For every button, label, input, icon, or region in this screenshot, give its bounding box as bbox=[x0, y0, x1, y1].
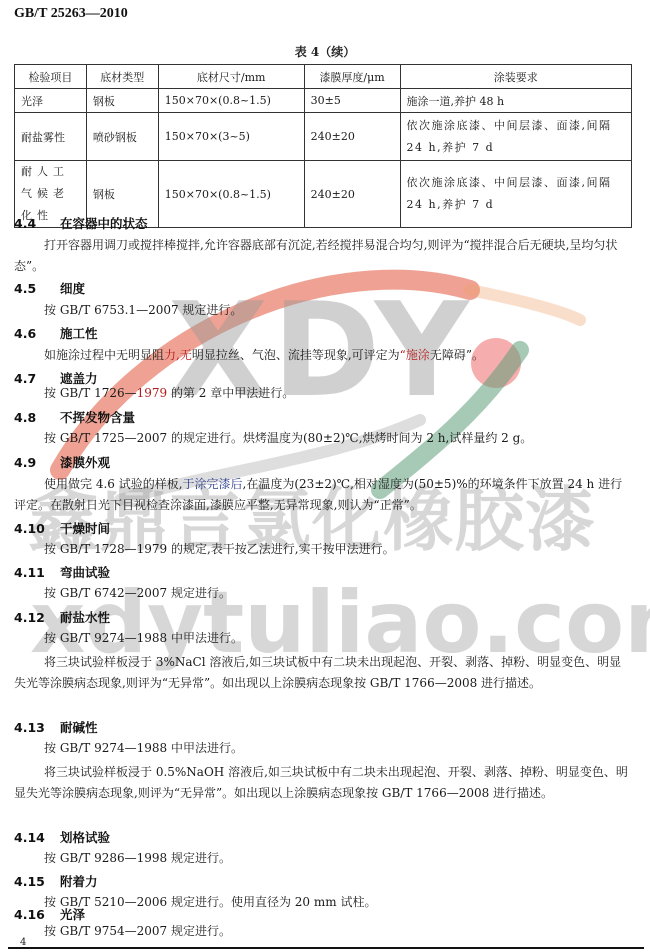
section-heading-4-12: 4.12耐盐水性 bbox=[14, 608, 110, 626]
section-paragraph: 使用做完 4.6 试验的样板,于涂完漆后,在温度为(23±2)℃,相对湿度为(5… bbox=[14, 474, 630, 516]
table-cell: 施涂一道,养护 48 h bbox=[400, 89, 631, 113]
section-title: 弯曲试验 bbox=[60, 565, 110, 580]
section-heading-4-15: 4.15附着力 bbox=[14, 872, 98, 890]
table-header-row: 检验项目 底材类型 底材尺寸/mm 漆膜厚度/μm 涂装要求 bbox=[15, 65, 632, 89]
column-header: 涂装要求 bbox=[400, 65, 631, 89]
section-heading-4-11: 4.11弯曲试验 bbox=[14, 563, 110, 581]
section-title: 在容器中的状态 bbox=[60, 216, 148, 231]
section-title: 划格试验 bbox=[60, 830, 110, 845]
highlighted-text: 1979 bbox=[137, 386, 168, 400]
table-cell: 150×70×(3~5) bbox=[158, 113, 304, 161]
section-number: 4.13 bbox=[14, 720, 60, 735]
section-number: 4.10 bbox=[14, 521, 60, 536]
section-title: 漆膜外观 bbox=[60, 455, 110, 470]
section-title: 细度 bbox=[60, 281, 85, 296]
section-paragraph: 按 GB/T 9754—2007 规定进行。 bbox=[14, 921, 630, 942]
page-bottom-rule bbox=[8, 947, 644, 949]
section-title: 干燥时间 bbox=[60, 521, 110, 536]
section-paragraph: 按 GB/T 6742—2007 规定进行。 bbox=[14, 583, 630, 604]
section-paragraph: 将三块试验样板浸于 0.5%NaOH 溶液后,如三块试板中有二块未出现起泡、开裂… bbox=[14, 762, 630, 804]
section-number: 4.12 bbox=[14, 610, 60, 625]
section-title: 耐盐水性 bbox=[60, 610, 110, 625]
table-cell: 钢板 bbox=[86, 89, 158, 113]
section-number: 4.8 bbox=[14, 410, 60, 425]
section-title: 附着力 bbox=[60, 874, 98, 889]
text-run: 按 GB/T 1726— bbox=[44, 386, 137, 400]
section-number: 4.16 bbox=[14, 907, 60, 922]
section-number: 4.14 bbox=[14, 830, 60, 845]
table-caption: 表 4（续） bbox=[0, 43, 650, 60]
section-title: 耐碱性 bbox=[60, 720, 98, 735]
section-paragraph: 将三块试验样板浸于 3%NaCl 溶液后,如三块试板中有二块未出现起泡、开裂、剥… bbox=[14, 652, 630, 694]
table-cell: 光泽 bbox=[15, 89, 87, 113]
table-row: 耐盐雾性 喷砂钢板 150×70×(3~5) 240±20 依次施涂底漆、中间层… bbox=[15, 113, 632, 161]
table-cell: 喷砂钢板 bbox=[86, 113, 158, 161]
section-heading-4-5: 4.5细度 bbox=[14, 279, 85, 297]
spec-table: 检验项目 底材类型 底材尺寸/mm 漆膜厚度/μm 涂装要求 光泽 钢板 150… bbox=[14, 64, 632, 228]
standard-code: GB/T 25263—2010 bbox=[14, 6, 128, 22]
section-number: 4.4 bbox=[14, 216, 60, 231]
table-cell: 耐盐雾性 bbox=[15, 113, 87, 161]
highlighted-text: 于涂完漆后 bbox=[183, 477, 243, 491]
section-paragraph: 打开容器用调刀或搅拌棒搅拌,允许容器底部有沉淀,若经搅拌易混合均匀,则评为“搅拌… bbox=[14, 235, 630, 277]
section-paragraph: 按 GB/T 9274—1988 中甲法进行。 bbox=[14, 738, 630, 759]
section-number: 4.5 bbox=[14, 281, 60, 296]
section-heading-4-14: 4.14划格试验 bbox=[14, 828, 110, 846]
section-heading-4-8: 4.8不挥发物含量 bbox=[14, 408, 135, 426]
section-paragraph: 按 GB/T 9286—1998 规定进行。 bbox=[14, 848, 630, 869]
section-paragraph: 按 GB/T 9274—1988 中甲法进行。 bbox=[14, 628, 630, 649]
section-heading-4-10: 4.10干燥时间 bbox=[14, 519, 110, 537]
table-row: 光泽 钢板 150×70×(0.8~1.5) 30±5 施涂一道,养护 48 h bbox=[15, 89, 632, 113]
text-run: 如施涂过程中无明显阻 bbox=[44, 348, 164, 362]
section-paragraph: 按 GB/T 5210—2006 规定进行。使用直径为 20 mm 试柱。 bbox=[14, 892, 630, 913]
table-cell: 依次施涂底漆、中间层漆、面漆,间隔 24 h,养护 7 d bbox=[400, 161, 631, 228]
text-run: 无障碍”。 bbox=[430, 348, 484, 362]
text-run: 明显拉丝、气泡、流挂等现象,可评定为 bbox=[192, 348, 400, 362]
column-header: 检验项目 bbox=[15, 65, 87, 89]
table-cell: 依次施涂底漆、中间层漆、面漆,间隔 24 h,养护 7 d bbox=[400, 113, 631, 161]
section-number: 4.9 bbox=[14, 455, 60, 470]
section-paragraph: 按 GB/T 1726—1979 的第 2 章中甲法进行。 bbox=[14, 383, 630, 404]
section-title: 施工性 bbox=[60, 326, 98, 341]
section-heading-4-9: 4.9漆膜外观 bbox=[14, 453, 110, 471]
section-paragraph: 按 GB/T 1725—2007 的规定进行。烘烤温度为(80±2)℃,烘烤时间… bbox=[14, 428, 630, 449]
text-run: 使用做完 4.6 试验的样板, bbox=[44, 477, 183, 491]
table-cell: 240±20 bbox=[304, 161, 400, 228]
section-heading-4-13: 4.13耐碱性 bbox=[14, 718, 98, 736]
column-header: 漆膜厚度/μm bbox=[304, 65, 400, 89]
text-run: 的第 2 章中甲法进行。 bbox=[167, 386, 294, 400]
section-heading-4-4: 4.4在容器中的状态 bbox=[14, 214, 148, 232]
section-title: 光泽 bbox=[60, 907, 85, 922]
section-number: 4.6 bbox=[14, 326, 60, 341]
table-cell: 240±20 bbox=[304, 113, 400, 161]
section-paragraph: 如施涂过程中无明显阻力,无明显拉丝、气泡、流挂等现象,可评定为“施涂无障碍”。 bbox=[14, 345, 630, 366]
column-header: 底材尺寸/mm bbox=[158, 65, 304, 89]
highlighted-text: 力,无 bbox=[164, 348, 192, 362]
section-number: 4.11 bbox=[14, 565, 60, 580]
section-paragraph: 按 GB/T 1728—1979 的规定,表干按乙法进行,实干按甲法进行。 bbox=[14, 539, 630, 560]
section-heading-4-6: 4.6施工性 bbox=[14, 324, 98, 342]
column-header: 底材类型 bbox=[86, 65, 158, 89]
table-cell: 150×70×(0.8~1.5) bbox=[158, 89, 304, 113]
highlighted-text: “施涂 bbox=[400, 348, 430, 362]
table-cell: 150×70×(0.8~1.5) bbox=[158, 161, 304, 228]
section-title: 不挥发物含量 bbox=[60, 410, 135, 425]
section-paragraph: 按 GB/T 6753.1—2007 规定进行。 bbox=[14, 300, 630, 321]
section-number: 4.15 bbox=[14, 874, 60, 889]
table-cell: 30±5 bbox=[304, 89, 400, 113]
